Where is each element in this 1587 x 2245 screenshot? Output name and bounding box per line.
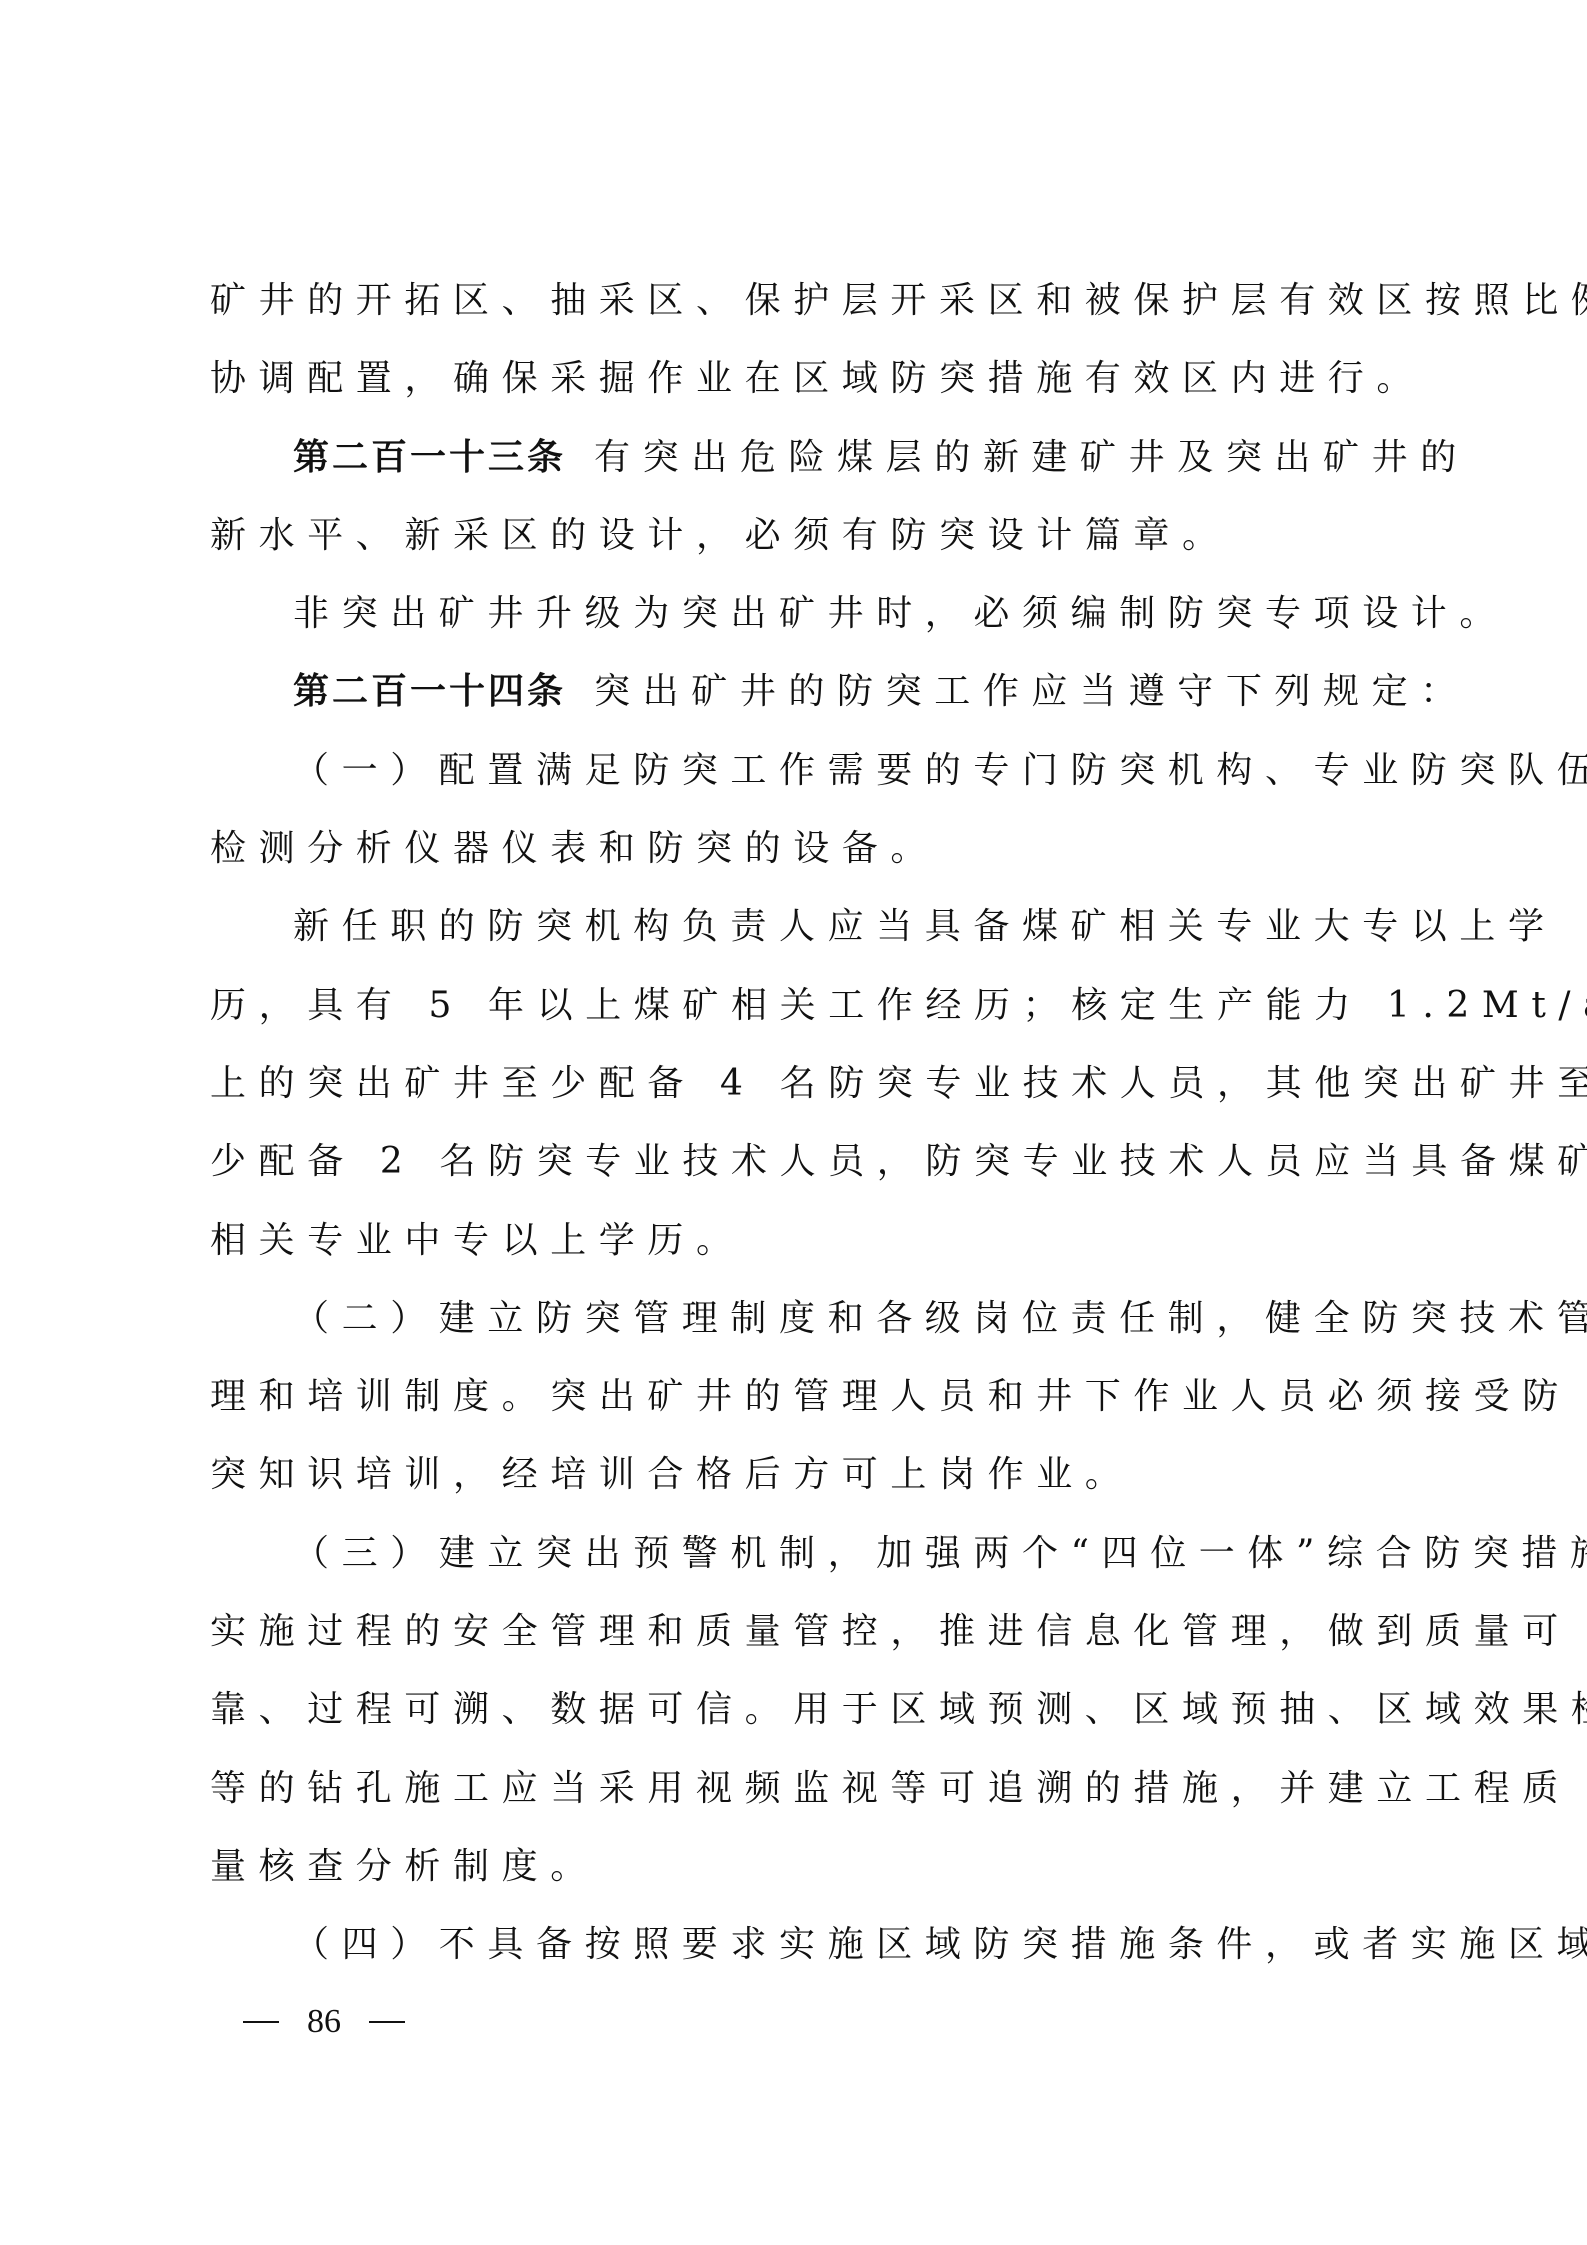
text-line: 实施过程的安全管理和质量管控，推进信息化管理，做到质量可 [210, 1593, 1380, 1671]
text-line: 理和培训制度。突出矿井的管理人员和井下作业人员必须接受防 [210, 1358, 1380, 1436]
text-line: 历，具有 5 年以上煤矿相关工作经历；核定生产能力 1.2Mt/a 以 [210, 967, 1380, 1045]
article-213-line: 第二百一十三条有突出危险煤层的新建矿井及突出矿井的 [210, 419, 1380, 497]
text-line: 上的突出矿井至少配备 4 名防突专业技术人员，其他突出矿井至 [210, 1045, 1380, 1123]
text-line: 新任职的防突机构负责人应当具备煤矿相关专业大专以上学 [210, 888, 1380, 966]
article-text: 突出矿井的防突工作应当遵守下列规定： [594, 671, 1469, 712]
text-line: （四）不具备按照要求实施区域防突措施条件，或者实施区域 [210, 1906, 1380, 1984]
text-line: 检测分析仪器仪表和防突的设备。 [210, 810, 1380, 888]
document-page: 矿井的开拓区、抽采区、保护层开采区和被保护层有效区按照比例 协调配置，确保采掘作… [210, 262, 1380, 1985]
text-line: 等的钻孔施工应当采用视频监视等可追溯的措施，并建立工程质 [210, 1750, 1380, 1828]
text-line: 新水平、新采区的设计，必须有防突设计篇章。 [210, 497, 1380, 575]
text-line: 相关专业中专以上学历。 [210, 1202, 1380, 1280]
article-214-line: 第二百一十四条突出矿井的防突工作应当遵守下列规定： [210, 653, 1380, 731]
text-line: 矿井的开拓区、抽采区、保护层开采区和被保护层有效区按照比例 [210, 262, 1380, 340]
article-text: 有突出危险煤层的新建矿井及突出矿井的 [594, 437, 1469, 478]
text-line: 协调配置，确保采掘作业在区域防突措施有效区内进行。 [210, 340, 1380, 418]
text-line: 量核查分析制度。 [210, 1828, 1380, 1906]
text-line: 非突出矿井升级为突出矿井时，必须编制防突专项设计。 [210, 575, 1380, 653]
text-line: （一）配置满足防突工作需要的专门防突机构、专业防突队伍、 [210, 732, 1380, 810]
text-line: （二）建立防突管理制度和各级岗位责任制，健全防突技术管 [210, 1280, 1380, 1358]
page-footer: 86 [243, 2000, 405, 2044]
dash-right [369, 2021, 405, 2023]
text-line: （三）建立突出预警机制，加强两个“四位一体”综合防突措施 [210, 1515, 1380, 1593]
text-line: 靠、过程可溯、数据可信。用于区域预测、区域预抽、区域效果检验 [210, 1671, 1380, 1749]
article-heading: 第二百一十三条 [293, 437, 566, 478]
article-heading: 第二百一十四条 [293, 671, 566, 712]
page-number: 86 [307, 2000, 341, 2044]
dash-left [243, 2021, 279, 2023]
text-line: 突知识培训，经培训合格后方可上岗作业。 [210, 1436, 1380, 1514]
text-line: 少配备 2 名防突专业技术人员，防突专业技术人员应当具备煤矿 [210, 1123, 1380, 1201]
